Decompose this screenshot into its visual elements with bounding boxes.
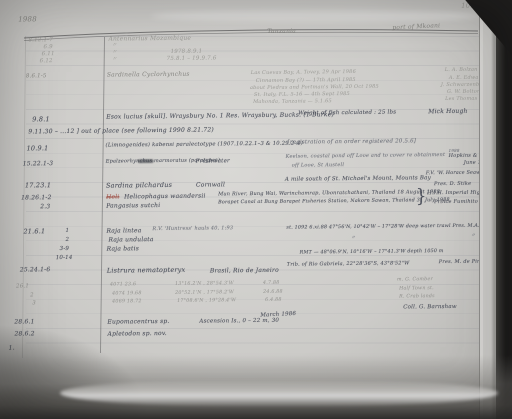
register-page-scan: 1988 101 Tanzania port of Mkoani 8.12.1-… (0, 0, 512, 419)
vignette (0, 0, 512, 419)
